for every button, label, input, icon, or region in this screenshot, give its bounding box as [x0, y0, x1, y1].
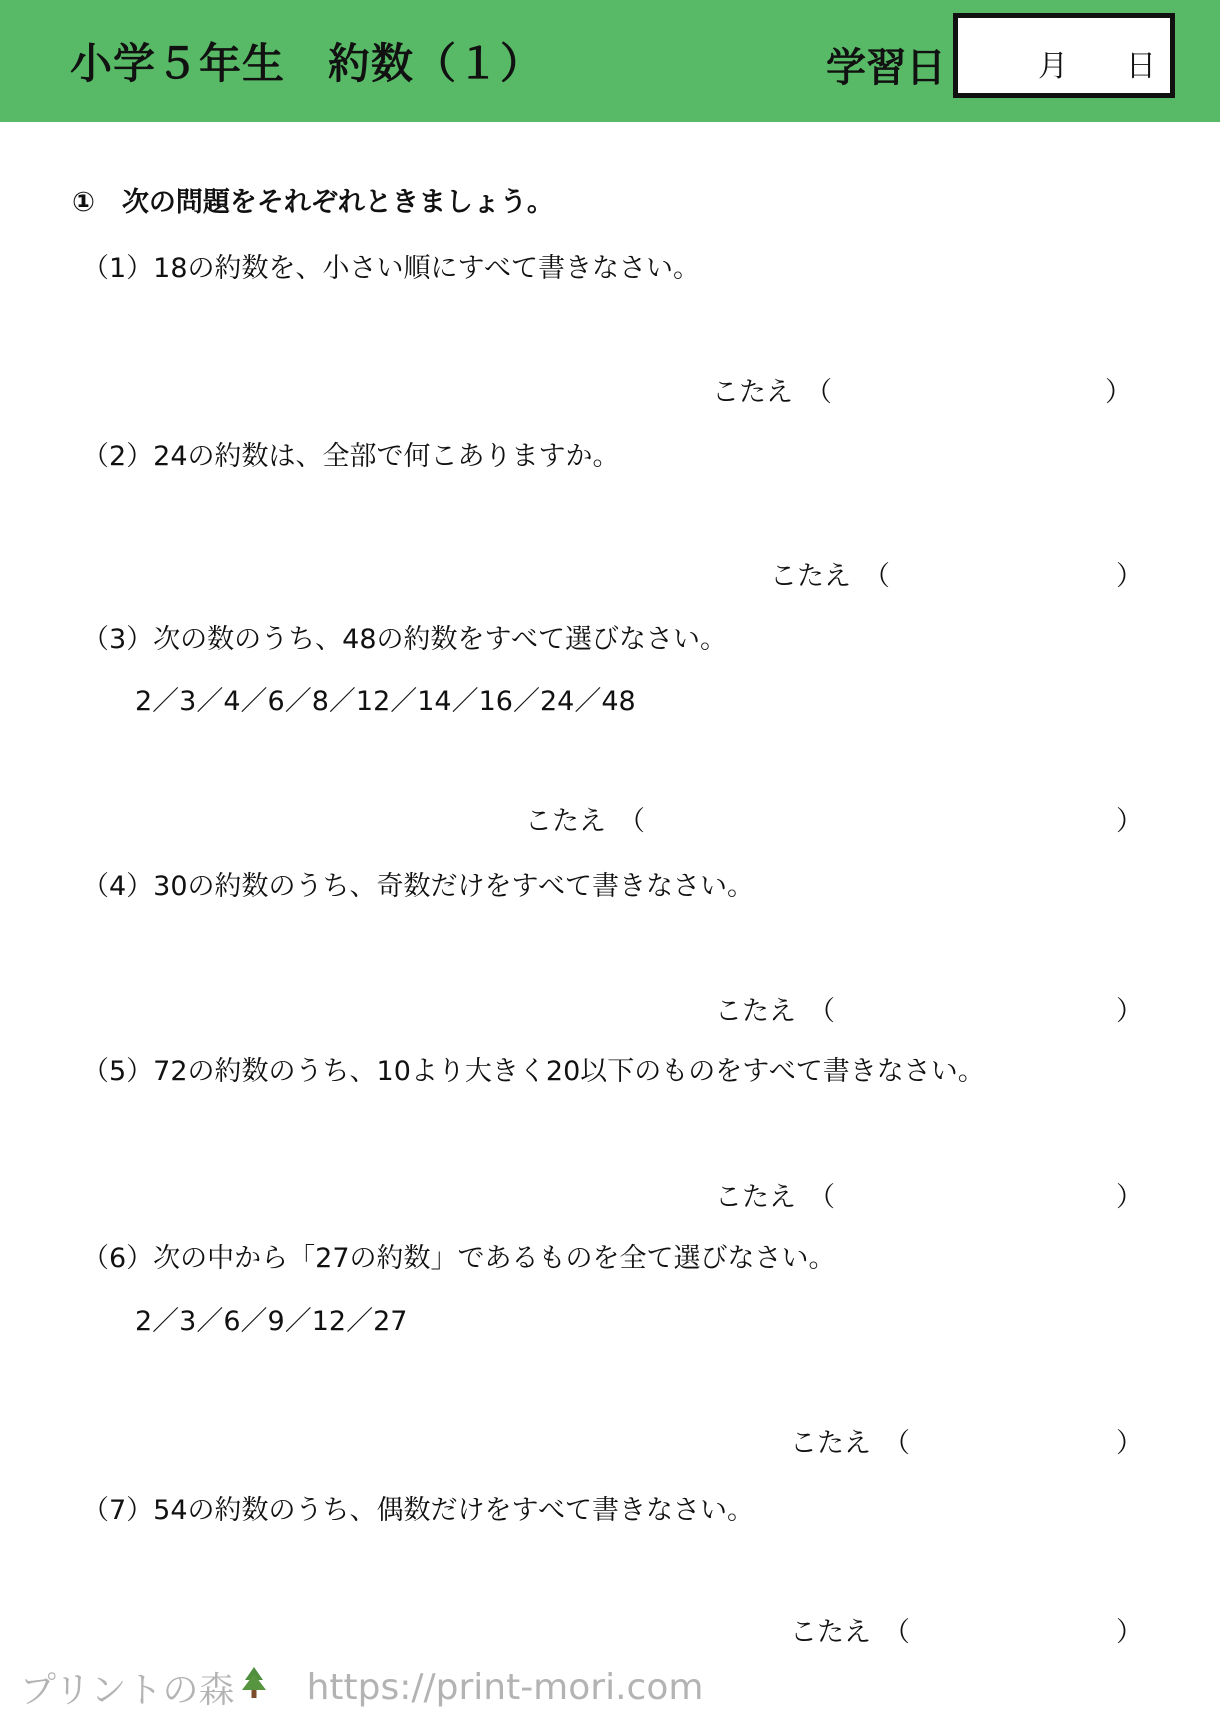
answer-label: こたえ（	[790, 1421, 910, 1460]
answer-close-paren: ）	[1116, 989, 1143, 1028]
answer-label: こたえ（	[715, 1175, 835, 1214]
answer-label: こたえ（	[770, 554, 890, 593]
tree-icon	[239, 1666, 269, 1709]
answer-label: こたえ（	[712, 370, 832, 409]
answer-line-7: こたえ（ ）	[790, 1610, 1143, 1649]
answer-close-paren: ）	[1116, 1610, 1143, 1649]
answer-label: こたえ（	[715, 989, 835, 1028]
question-6: （6）次の中から「27の約数」であるものを全て選びなさい。	[82, 1236, 836, 1275]
footer: プリントの森 https://print-mori.com	[20, 1662, 703, 1713]
question-3: （3）次の数のうち、48の約数をすべて選びなさい。	[82, 617, 727, 656]
answer-close-paren: ）	[1116, 1175, 1143, 1214]
study-date-label: 学習日	[826, 36, 946, 93]
answer-open-paren: （	[808, 1182, 835, 1213]
answer-label: こたえ（	[525, 799, 645, 838]
answer-line-3: こたえ（ ）	[525, 799, 1143, 838]
question-2: （2）24の約数は、全部で何こありますか。	[82, 434, 620, 473]
worksheet-page: 小学５年生 約数（１） 学習日 月 日 ① 次の問題をそれぞれときましょう。 （…	[0, 0, 1220, 1728]
question-7: （7）54の約数のうち、偶数だけをすべて書きなさい。	[82, 1488, 754, 1527]
question-6-choices: 2／3／6／9／12／27	[135, 1299, 407, 1338]
answer-open-paren: （	[883, 1428, 910, 1459]
answer-open-paren: （	[618, 806, 645, 837]
question-5: （5）72の約数のうち、10より大きく20以下のものをすべて書きなさい。	[82, 1049, 985, 1088]
answer-line-5: こたえ（ ）	[715, 1175, 1143, 1214]
section-heading: ① 次の問題をそれぞれときましょう。	[72, 180, 554, 219]
question-4: （4）30の約数のうち、奇数だけをすべて書きなさい。	[82, 864, 754, 903]
question-1: （1）18の約数を、小さい順にすべて書きなさい。	[82, 246, 700, 285]
answer-open-paren: （	[805, 377, 832, 408]
answer-line-6: こたえ（ ）	[790, 1421, 1143, 1460]
site-name: プリントの森	[20, 1662, 235, 1713]
page-title: 小学５年生 約数（１）	[70, 31, 543, 91]
answer-line-4: こたえ（ ）	[715, 989, 1143, 1028]
answer-line-2: こたえ（ ）	[770, 554, 1143, 593]
answer-close-paren: ）	[1116, 554, 1143, 593]
answer-close-paren: ）	[1116, 799, 1143, 838]
month-label: 月	[1038, 41, 1068, 85]
day-label: 日	[1126, 41, 1156, 85]
answer-open-paren: （	[863, 561, 890, 592]
question-3-choices: 2／3／4／6／8／12／14／16／24／48	[135, 679, 636, 718]
answer-open-paren: （	[883, 1617, 910, 1648]
answer-label: こたえ（	[790, 1610, 910, 1649]
answer-close-paren: ）	[1105, 370, 1132, 409]
date-box: 月 日	[953, 13, 1175, 98]
answer-close-paren: ）	[1116, 1421, 1143, 1460]
site-url: https://print-mori.com	[307, 1667, 704, 1708]
answer-line-1: こたえ（ ）	[712, 370, 1132, 409]
answer-open-paren: （	[808, 996, 835, 1027]
